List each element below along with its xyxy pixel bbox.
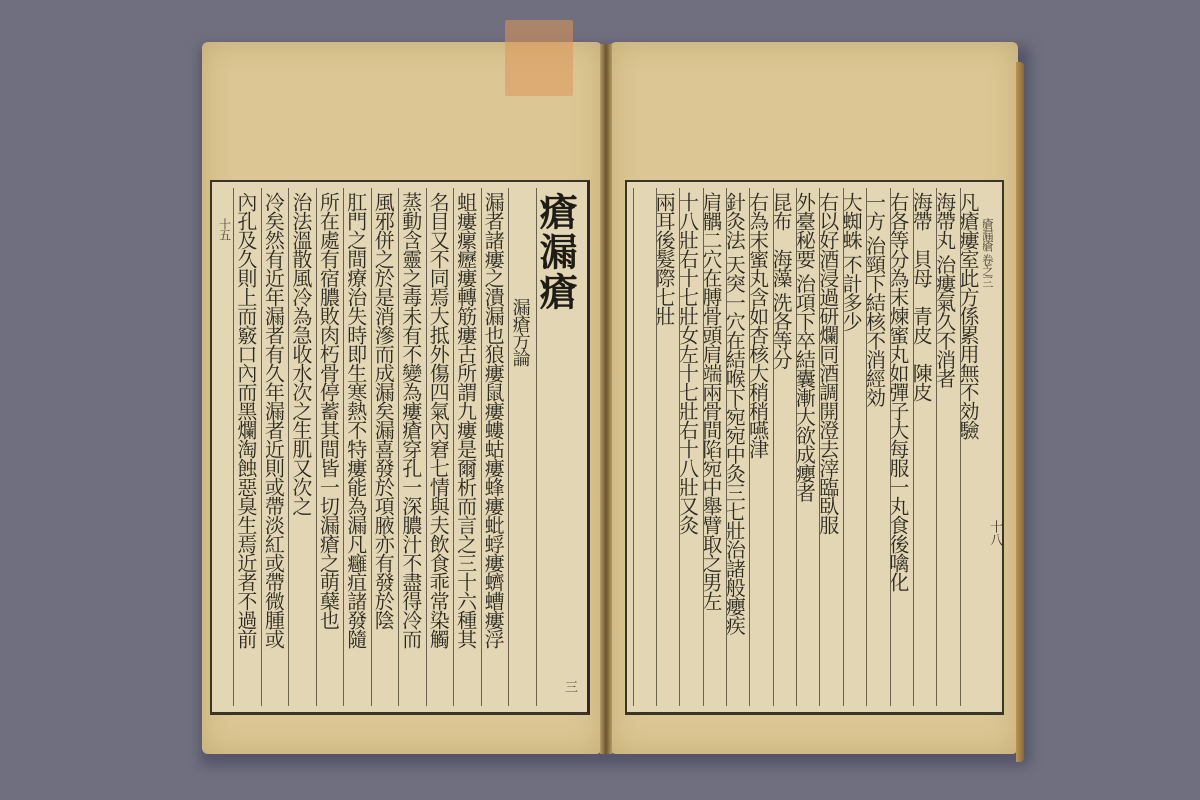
text-column: 兩耳後髮際七壯 [656,188,679,706]
text-column: 肛門之間療治失時即生寒熱不特瘻能為漏凡癰疽諸發隨 [343,188,370,706]
recipe-heading: 一方 治頸下結核不消經効 [866,188,889,706]
paper-slip [505,20,573,96]
text-column: 十八壯右十七壯女左十七壯右十八壯又灸 [679,188,702,706]
page-edge [1016,62,1024,762]
recipe-heading: 海帶丸 治瘻氣久不消者 [936,188,959,706]
right-text-frame: 瘡漏瘡 卷之三 凡瘡瘻室此方係累用無不効驗 海帶丸 治瘻氣久不消者 海帶 貝母 … [625,180,1004,715]
ingredient-list: 海帶 貝母 青皮 陳皮 [913,188,936,706]
text-column: 蒸動含靈之毒未有不變為瘻瘡穿孔一深膿汁不盡得冷而 [398,188,425,706]
margin-note: 十五 [218,188,233,706]
recipe-heading: 針灸法 天突一穴在結喉下宛宛中灸三七壯治諸般癭疾 [726,188,749,706]
text-column: 漏者諸瘻之潰漏也狼瘻鼠瘻螻蛄瘻蜂瘻蚍蜉瘻蠐螬瘻浮 [481,188,508,706]
text-column: 風邪併之於是消滲而成漏矣漏喜發於項腋亦有發於陰 [371,188,398,706]
ingredient-list: 昆布 海藻 洗各等分 [773,188,796,706]
recipe-heading: 外臺秘要 治項下卒結囊漸大欲成癭者 [796,188,819,706]
book-gutter [600,44,612,754]
right-page-number: 十八 [985,520,1004,546]
section-subtitle: 漏瘡方論 [508,188,535,706]
text-column: 冷矣然有近年漏者有久年漏者近則或帶淡紅或帶微腫或 [261,188,288,706]
text-column: 右各等分為末煉蜜丸如彈子大每服一丸食後噙化 [890,188,913,706]
chapter-title: 瘡漏瘡 [536,188,581,706]
blank-column [633,188,656,706]
text-column: 所在處有宿膿敗肉朽骨停蓄其間皆一切漏瘡之萌蘖也 [316,188,343,706]
text-column: 名目又不同焉大抵外傷四氣內窘七情與夫飲食乖常染觸 [426,188,453,706]
text-column: 凡瘡瘻室此方係累用無不効驗 [960,188,983,706]
running-header: 瘡漏瘡 卷之三 [983,188,996,706]
text-column: 治法溫散風冷為急收水次之生肌又次之 [288,188,315,706]
text-column: 右以好酒浸過研爛同酒調開澄去滓臨臥服 [819,188,842,706]
text-column: 肩髃二穴在膊骨頭肩端兩骨間陷宛中舉臂取之男左 [703,188,726,706]
ingredient-list: 大蜘蛛 不計多少 [843,188,866,706]
text-column: 蛆瘻瘰癧瘻轉筋瘻古所謂九瘻是爾析而言之三十六種其 [453,188,480,706]
left-text-frame: 瘡漏瘡 漏瘡方論 漏者諸瘻之潰漏也狼瘻鼠瘻螻蛄瘻蜂瘻蚍蜉瘻蠐螬瘻浮 蛆瘻瘰癧瘻轉… [210,180,590,715]
text-column: 右為末蜜丸含如杏核大稍稍嚥津 [749,188,772,706]
text-column: 內孔及久則上而竅口內而黑爛淘蝕惡臭生焉近者不過前 [233,188,260,706]
left-page-number: 三 [560,680,579,693]
